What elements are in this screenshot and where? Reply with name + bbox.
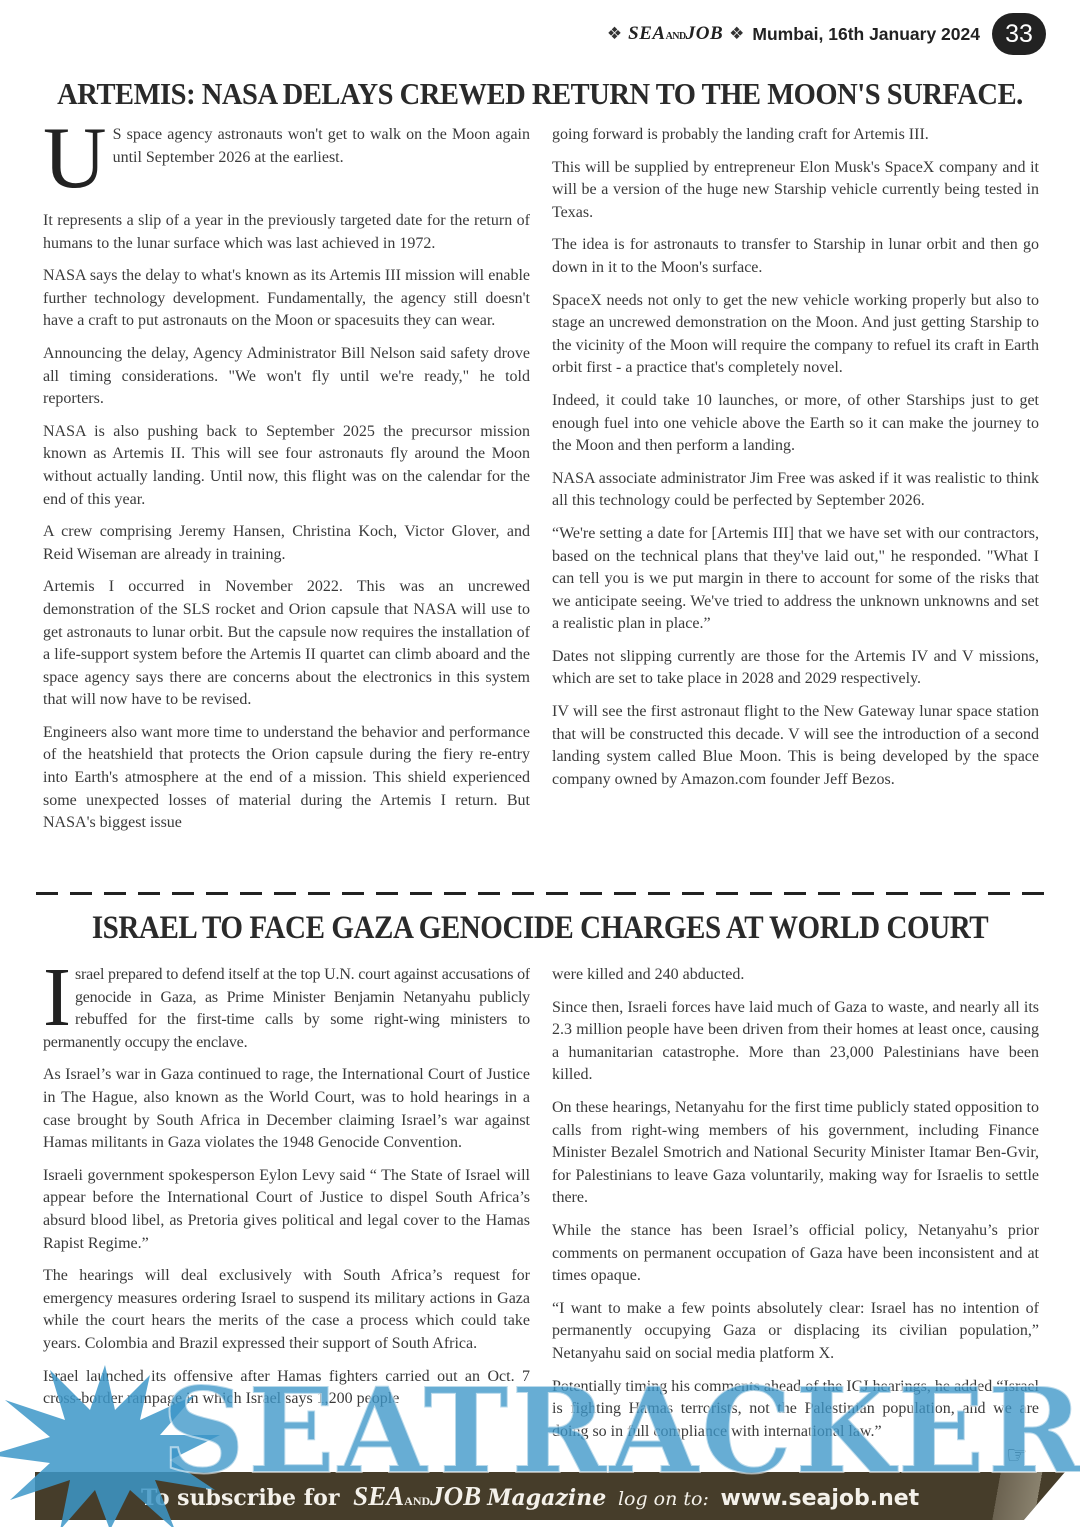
article-intro-paragraph: U S space agency astronauts won't get to… — [43, 124, 530, 192]
page-number-badge: 33 — [992, 13, 1046, 55]
watermark-starburst-icon — [0, 1365, 220, 1527]
masthead: ❖ SEAANDJOB ❖ Mumbai, 16th January 2024 … — [607, 12, 1046, 56]
brand-logo: SEAANDJOB — [628, 23, 723, 45]
paragraph: Announcing the delay, Agency Administrat… — [43, 343, 530, 411]
intro-text: S space agency astronauts won't get to w… — [113, 126, 530, 166]
paragraph: On these hearings, Netanyahu for the fir… — [552, 1097, 1039, 1210]
paragraph: Engineers also want more time to underst… — [43, 722, 530, 835]
article-artemis-column-2: going forward is probably the landing cr… — [552, 124, 1039, 801]
article-israel-column-1: I srael prepared to defend itself at the… — [43, 964, 530, 1421]
article-israel-column-2: were killed and 240 abducted. Since then… — [552, 964, 1039, 1453]
article-intro-paragraph: I srael prepared to defend itself at the… — [43, 964, 530, 1054]
paragraph: While the stance has been Israel’s offic… — [552, 1220, 1039, 1288]
article-headline-israel: ISRAEL TO FACE GAZA GENOCIDE CHARGES AT … — [65, 910, 1015, 947]
diamond-ornament-icon: ❖ — [729, 24, 744, 44]
paragraph: “I want to make a few points absolutely … — [552, 1298, 1039, 1366]
paragraph: NASA associate administrator Jim Free wa… — [552, 468, 1039, 513]
pointing-hand-icon: ☞ — [1006, 1441, 1028, 1469]
drop-cap: U — [43, 126, 107, 192]
paragraph: As Israel’s war in Gaza continued to rag… — [43, 1064, 530, 1154]
paragraph: Indeed, it could take 10 launches, or mo… — [552, 390, 1039, 458]
drop-cap: I — [43, 966, 71, 1030]
article-headline-artemis: ARTEMIS: NASA DELAYS CREWED RETURN TO TH… — [43, 76, 1037, 112]
paragraph: The hearings will deal exclusively with … — [43, 1265, 530, 1355]
paragraph: going forward is probably the landing cr… — [552, 124, 1039, 147]
paragraph: SpaceX needs not only to get the new veh… — [552, 290, 1039, 380]
article-artemis-column-1: U S space agency astronauts won't get to… — [43, 124, 530, 845]
paragraph: NASA is also pushing back to September 2… — [43, 421, 530, 511]
dateline: Mumbai, 16th January 2024 — [752, 24, 980, 45]
paragraph: were killed and 240 abducted. — [552, 964, 1039, 987]
paragraph: IV will see the first astronaut flight t… — [552, 701, 1039, 791]
intro-text: srael prepared to defend itself at the t… — [43, 966, 530, 1051]
paragraph: The idea is for astronauts to transfer t… — [552, 234, 1039, 279]
paragraph: A crew comprising Jeremy Hansen, Christi… — [43, 521, 530, 566]
paragraph: “We're setting a date for [Artemis III] … — [552, 523, 1039, 636]
paragraph: Potentially timing his comments ahead of… — [552, 1376, 1039, 1444]
paragraph: It represents a slip of a year in the pr… — [43, 210, 530, 255]
paragraph: Since then, Israeli forces have laid muc… — [552, 997, 1039, 1087]
diamond-ornament-icon: ❖ — [607, 24, 622, 44]
paragraph: Dates not slipping currently are those f… — [552, 646, 1039, 691]
paragraph: This will be supplied by entrepreneur El… — [552, 157, 1039, 225]
paragraph: NASA says the delay to what's known as i… — [43, 265, 530, 333]
paragraph: Artemis I occurred in November 2022. Thi… — [43, 576, 530, 712]
paragraph: Israeli government spokesperson Eylon Le… — [43, 1165, 530, 1255]
section-divider-dashed — [36, 892, 1046, 895]
